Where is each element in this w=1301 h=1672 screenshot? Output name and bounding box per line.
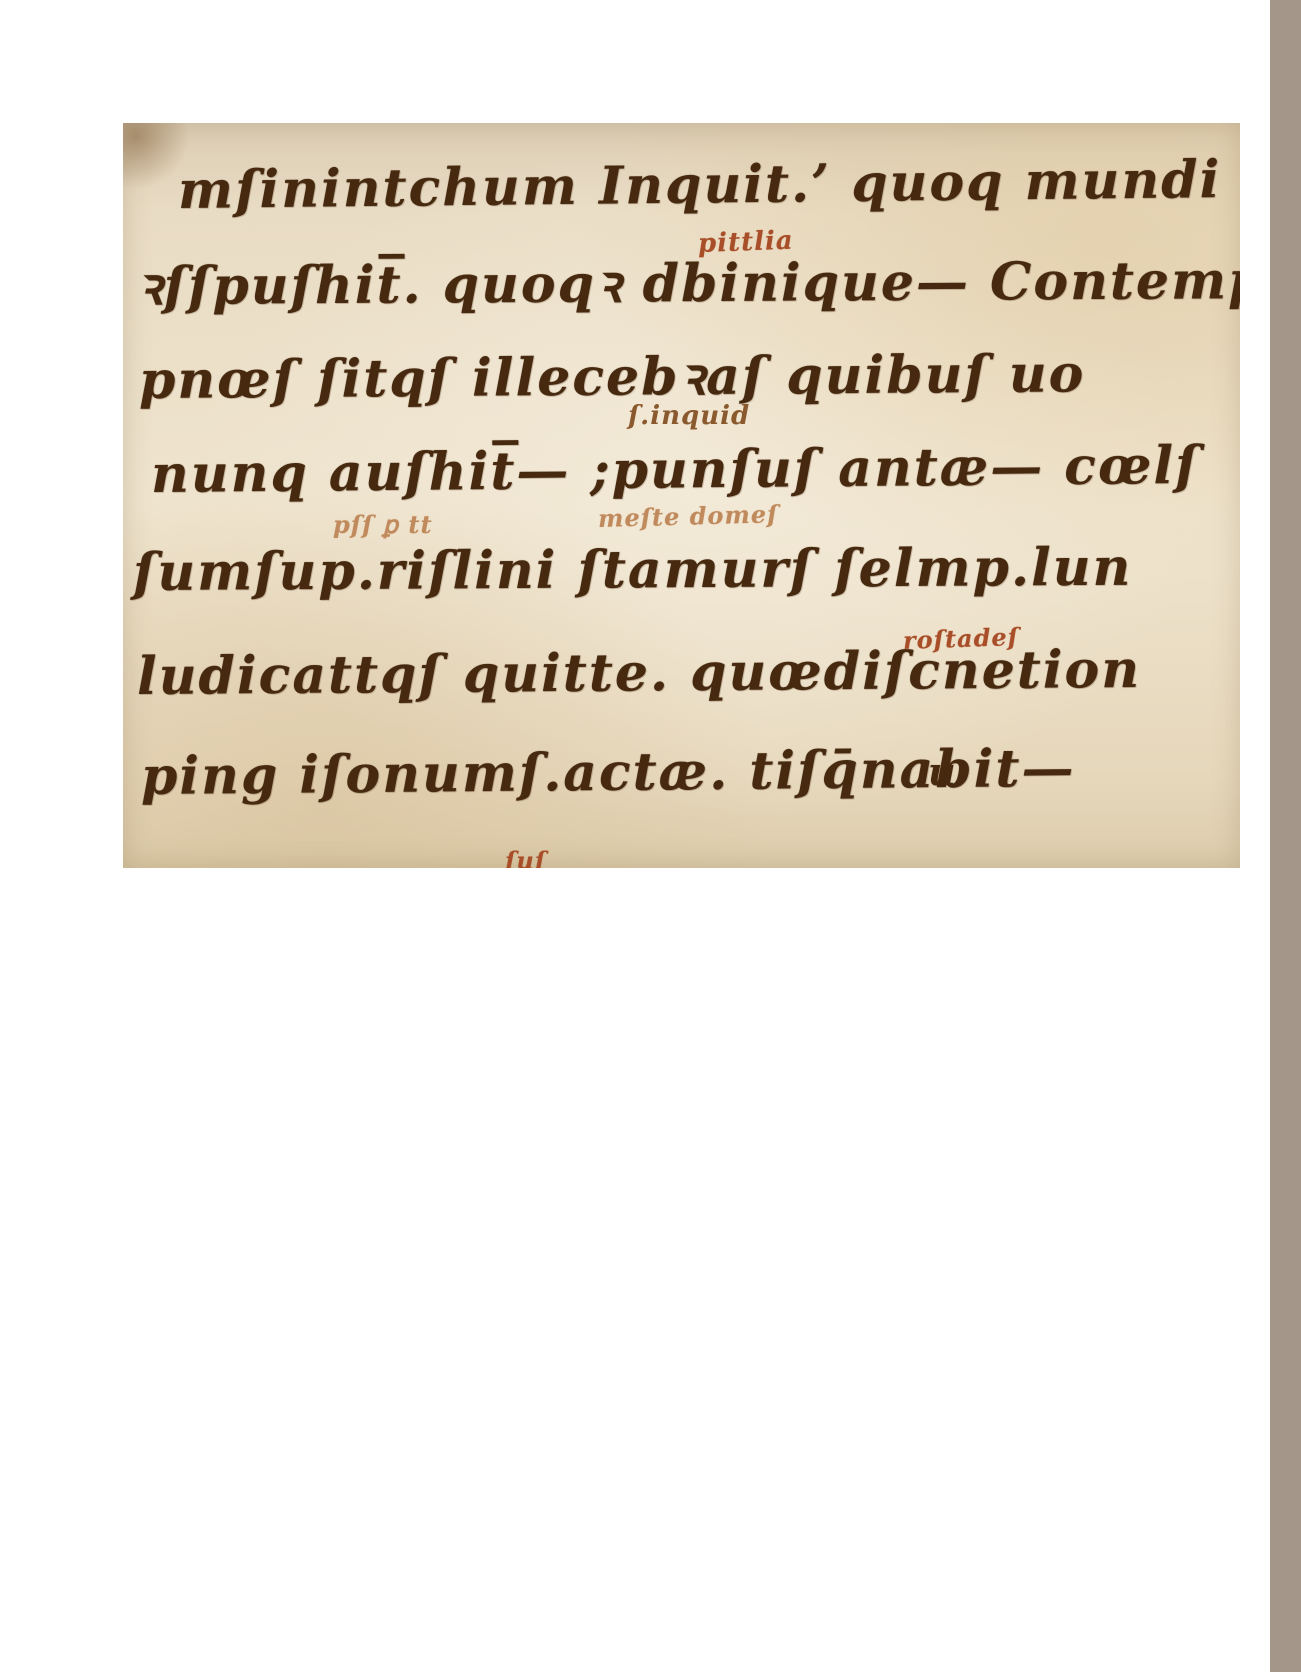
page-edge-strip <box>1270 0 1301 1672</box>
interlinear-gloss: pſſ ꝑ tt <box>333 513 433 537</box>
interlinear-gloss: pittlia <box>698 228 795 257</box>
interlinear-gloss: meſte domeſ <box>598 502 779 531</box>
manuscript-line: nunq auſhit̅— ;punſuſ antæ— cœlſ <box>151 440 1200 501</box>
manuscript-line: pnœſ ſitqſ illecebꝛaſ quibuſ uo <box>139 348 1086 407</box>
manuscript-line: mſinintchum Inquit.’ quoq mundi <box>178 154 1222 217</box>
interlinear-gloss: ſ.inquid <box>628 403 750 429</box>
interlinear-gloss: roſtadeſ <box>903 625 1020 653</box>
manuscript-line: ſumſup.riſlini ſtamurſ ſelmp.lun <box>133 542 1133 599</box>
manuscript-photo: mſinintchum Inquit.’ quoq mundi ꝛſſpuſhi… <box>123 123 1240 868</box>
interlinear-gloss: ſuſ <box>505 849 546 868</box>
superscript-correction: u <box>928 753 957 791</box>
manuscript-line: ludicattqſ quitte. quœdiſcnetion <box>137 644 1141 703</box>
manuscript-line: ꝛſſpuſhit̅. quoqꝛ dbinique— Contemp: <box>137 255 1240 313</box>
